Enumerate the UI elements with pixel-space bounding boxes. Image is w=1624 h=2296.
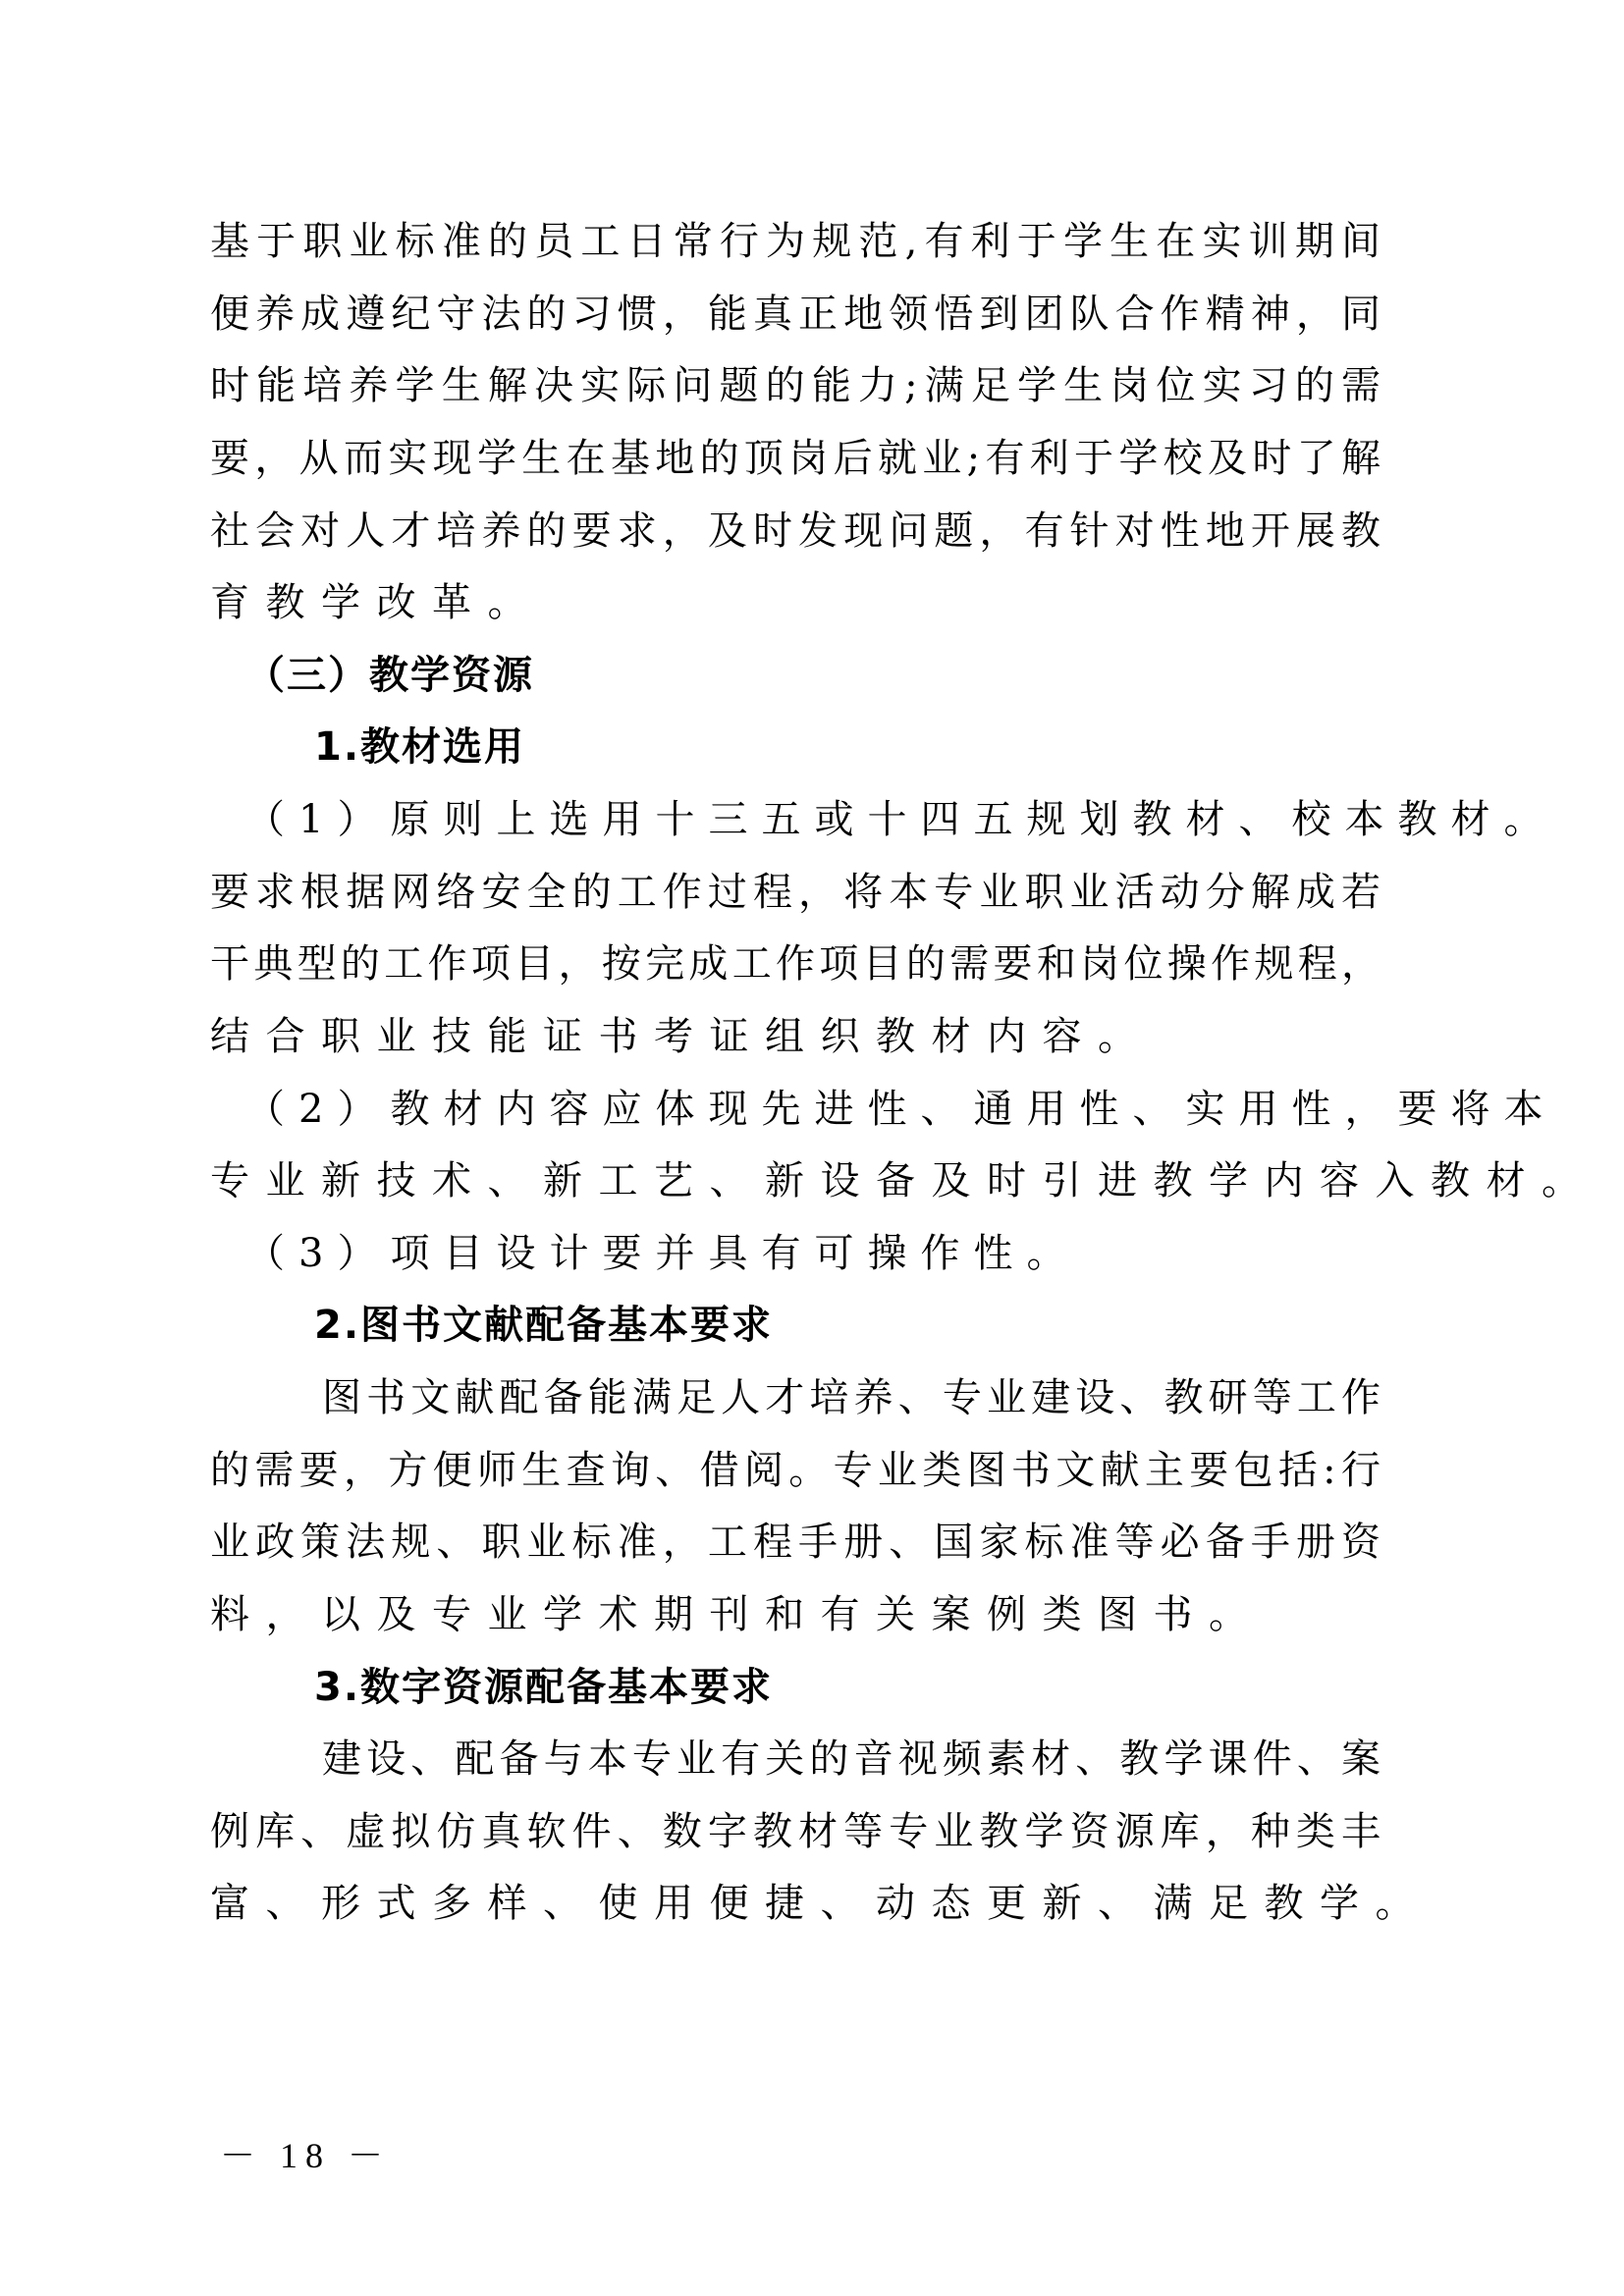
body-line: 社会对人才培养的要求，及时发现问题，有针对性地开展教 <box>210 507 1380 555</box>
body-line: 业政策法规、职业标准，工程手册、国家标准等必备手册资 <box>210 1519 1380 1566</box>
body-line: 育教学改革。 <box>210 579 543 626</box>
body-line: 图书文献配备能满足人才培养、专业建设、教研等工作 <box>322 1374 1380 1421</box>
body-line: 要，从而实现学生在基地的顶岗后就业;有利于学校及时了解 <box>210 435 1380 482</box>
body-line: （2）教材内容应体现先进性、通用性、实用性，要将本 <box>245 1086 1556 1133</box>
body-line: 要求根据网络安全的工作过程，将本专业职业活动分解成若 <box>210 869 1380 916</box>
document-page: 基于职业标准的员工日常行为规范,有利于学生在实训期间 便养成遵纪守法的习惯，能真… <box>0 0 1624 2296</box>
body-line: 富、形式多样、使用便捷、动态更新、满足教学。 <box>210 1880 1431 1927</box>
body-line: 专业新技术、新工艺、新设备及时引进教学内容入教材。 <box>210 1157 1597 1204</box>
section-heading: （三）教学资源 <box>245 652 534 699</box>
subsection-heading: 2.图书文献配备基本要求 <box>314 1302 773 1349</box>
body-line: 基于职业标准的员工日常行为规范,有利于学生在实训期间 <box>210 218 1380 265</box>
body-line: 建设、配备与本专业有关的音视频素材、教学课件、案 <box>322 1735 1380 1783</box>
body-line: （1）原则上选用十三五或十四五规划教材、校本教材。 <box>245 796 1556 843</box>
body-line: 的需要，方便师生查询、借阅。专业类图书文献主要包括:行 <box>210 1447 1380 1494</box>
body-line: 便养成遵纪守法的习惯，能真正地领悟到团队合作精神，同 <box>210 291 1380 338</box>
body-line: 时能培养学生解决实际问题的能力;满足学生岗位实习的需 <box>210 362 1380 409</box>
body-line: 例库、虚拟仿真软件、数字教材等专业教学资源库，种类丰 <box>210 1808 1380 1855</box>
subsection-heading: 3.数字资源配备基本要求 <box>314 1664 773 1711</box>
subsection-heading: 1.教材选用 <box>314 723 525 771</box>
body-line: 料，以及专业学术期刊和有关案例类图书。 <box>210 1591 1265 1638</box>
page-number: － 18 － <box>220 2128 391 2178</box>
body-line: 结合职业技能证书考证组织教材内容。 <box>210 1013 1154 1060</box>
body-line: 干典型的工作项目，按完成工作项目的需要和岗位操作规程， <box>210 940 1380 988</box>
body-line: （3）项目设计要并具有可操作性。 <box>245 1230 1079 1277</box>
